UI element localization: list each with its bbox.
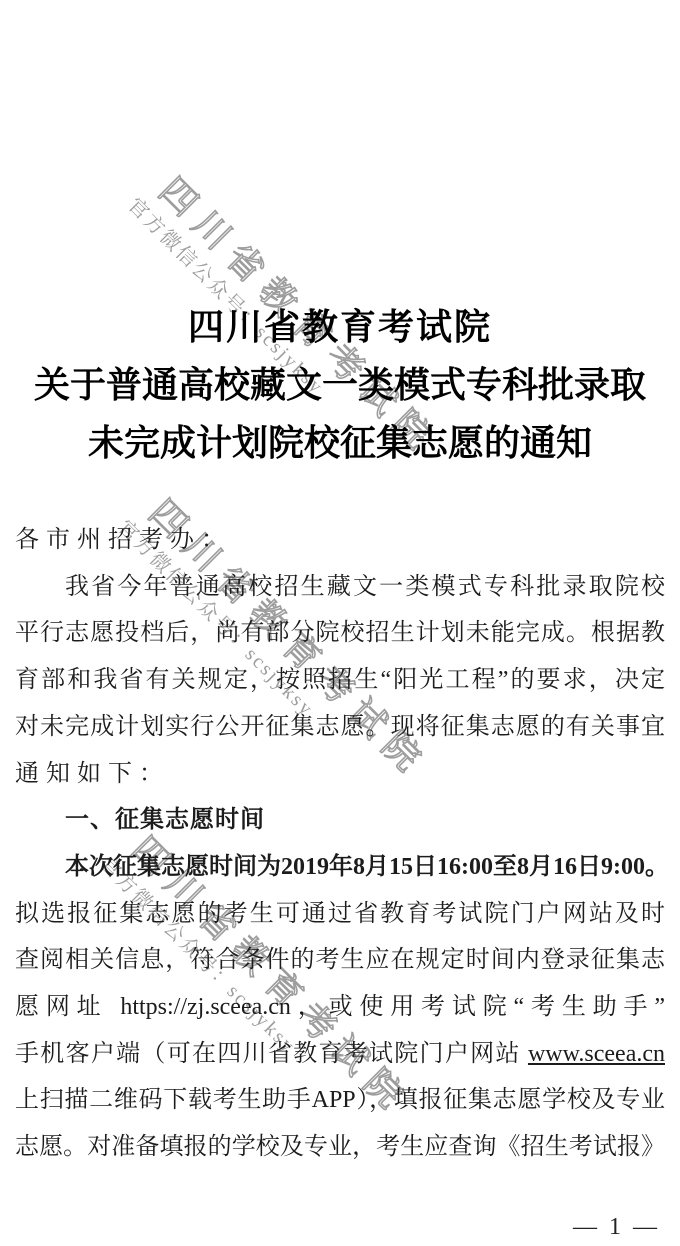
title-line-1: 四川省教育考试院 [15, 298, 665, 356]
paragraph-1-line-3: 育部和我省有关规定，按照招生“阳光工程”的要求，决定 [15, 657, 665, 704]
section-heading-1: 一、征集志愿时间 [15, 797, 665, 844]
paragraph-2-line-4: 愿网址 https://zj.sceea.cn，或使用考试院“考生助手” [15, 984, 665, 1031]
portal-url-link[interactable]: www.sceea.cn [528, 1041, 665, 1067]
paragraph-2-line-5-text: 手机客户端（可在四川省教育考试院门户网站 [15, 1041, 528, 1067]
page-number: — 1 — [573, 1214, 660, 1241]
title-line-3: 未完成计划院校征集志愿的通知 [15, 414, 665, 472]
paragraph-2-line-3: 查阅相关信息，符合条件的考生应在规定时间内登录征集志 [15, 937, 665, 984]
notice-title: 四川省教育考试院 关于普通高校藏文一类模式专科批录取 未完成计划院校征集志愿的通… [15, 298, 665, 472]
notice-content: 四川省教育考试院 关于普通高校藏文一类模式专科批录取 未完成计划院校征集志愿的通… [0, 0, 680, 1246]
paragraph-2-line-7: 志愿。对准备填报的学校及专业，考生应查询《招生考试报》 [15, 1124, 665, 1171]
salutation: 各市州招考办： [15, 517, 665, 564]
paragraph-2-line-2: 拟选报征集志愿的考生可通过省教育考试院门户网站及时 [15, 891, 665, 938]
paragraph-2-line-1: 本次征集志愿时间为2019年8月15日16:00至8月16日9:00。 [15, 844, 665, 891]
paragraph-1-line-4: 对未完成计划实行公开征集志愿。现将征集志愿的有关事宜 [15, 704, 665, 751]
title-line-2: 关于普通高校藏文一类模式专科批录取 [15, 356, 665, 414]
paragraph-2-line-5: 手机客户端（可在四川省教育考试院门户网站 www.sceea.cn [15, 1031, 665, 1078]
paragraph-1-line-2: 平行志愿投档后，尚有部分院校招生计划未能完成。根据教 [15, 610, 665, 657]
document-page: 四川省教育考试院 官方微信公众号：scsjyksy 四川省教育考试院 官方微信公… [0, 0, 680, 1246]
paragraph-1-line-1: 我省今年普通高校招生藏文一类模式专科批录取院校 [15, 564, 665, 611]
notice-body: 各市州招考办： 我省今年普通高校招生藏文一类模式专科批录取院校 平行志愿投档后，… [15, 517, 665, 1171]
paragraph-1-line-5: 通知如下： [15, 751, 665, 798]
paragraph-2-line-6: 上扫描二维码下载考生助手APP），填报征集志愿学校及专业 [15, 1077, 665, 1124]
